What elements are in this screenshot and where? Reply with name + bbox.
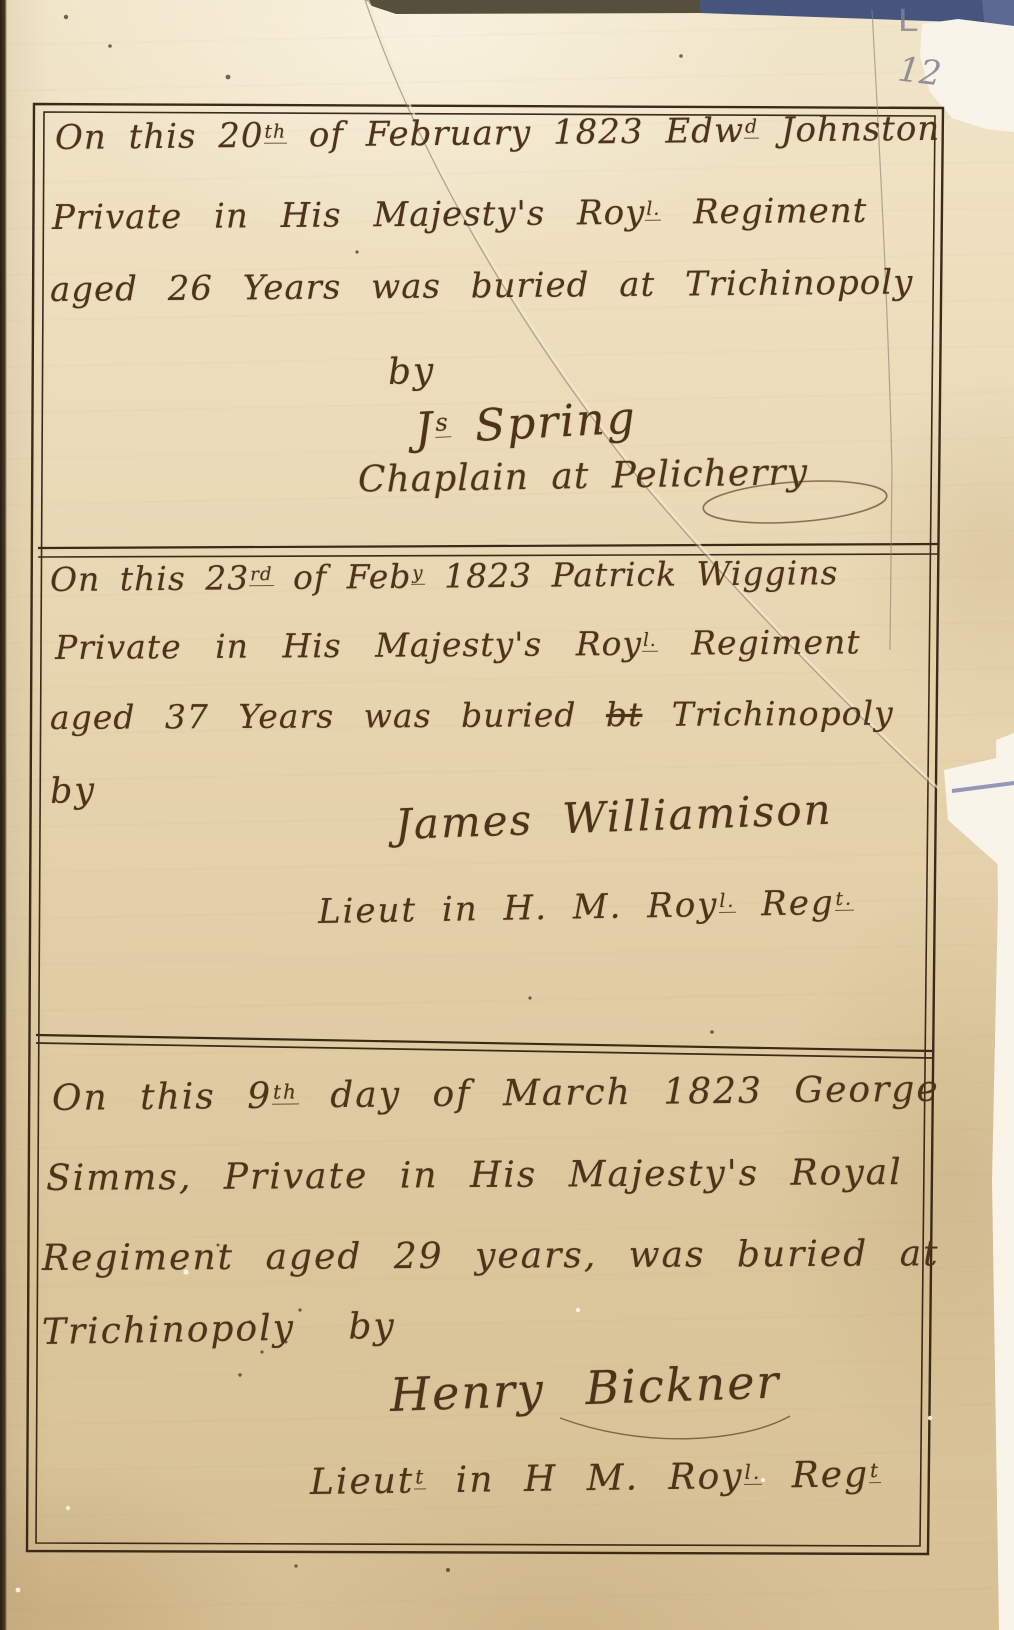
entry-1-line-4: by	[387, 350, 436, 393]
entry-1-line-3: aged 26 Years was buried at Trichinopoly	[50, 262, 914, 310]
entry-1-line-2: Private in His Majesty's Royl. Regiment	[52, 191, 868, 238]
entry-2-line-3: aged 37 Years was buried bt Trichinopoly	[50, 694, 894, 737]
entry-2-line-4: by	[49, 770, 97, 812]
entry-3-line-2: Simms, Private in His Majesty's Royal	[46, 1152, 903, 1199]
entry-3-line-3: Regiment aged 29 years, was buried at	[42, 1233, 940, 1279]
entry-3-line-6: Lieutt in H M. Royl. Regt	[310, 1454, 882, 1503]
entry-1-line-6: Chaplain at Pelicherry	[358, 452, 809, 501]
scanned-register-page: On this 20th of February 1823 Edwd Johns…	[0, 0, 1014, 1630]
page-number-pencil: 12	[896, 50, 944, 95]
paper-flecks	[16, 1253, 933, 1593]
entry-2-line-1: On this 23rd of Feby 1823 Patrick Wiggin…	[50, 553, 839, 599]
entry-3-line-4: Trichinopoly by	[42, 1306, 397, 1353]
entry-2-line-2: Private in His Majesty's Royl. Regiment	[55, 622, 861, 667]
pencil-corner-mark: L	[897, 4, 919, 39]
entry-divider-2	[36, 1035, 933, 1058]
signature-flourishes	[560, 476, 888, 1439]
